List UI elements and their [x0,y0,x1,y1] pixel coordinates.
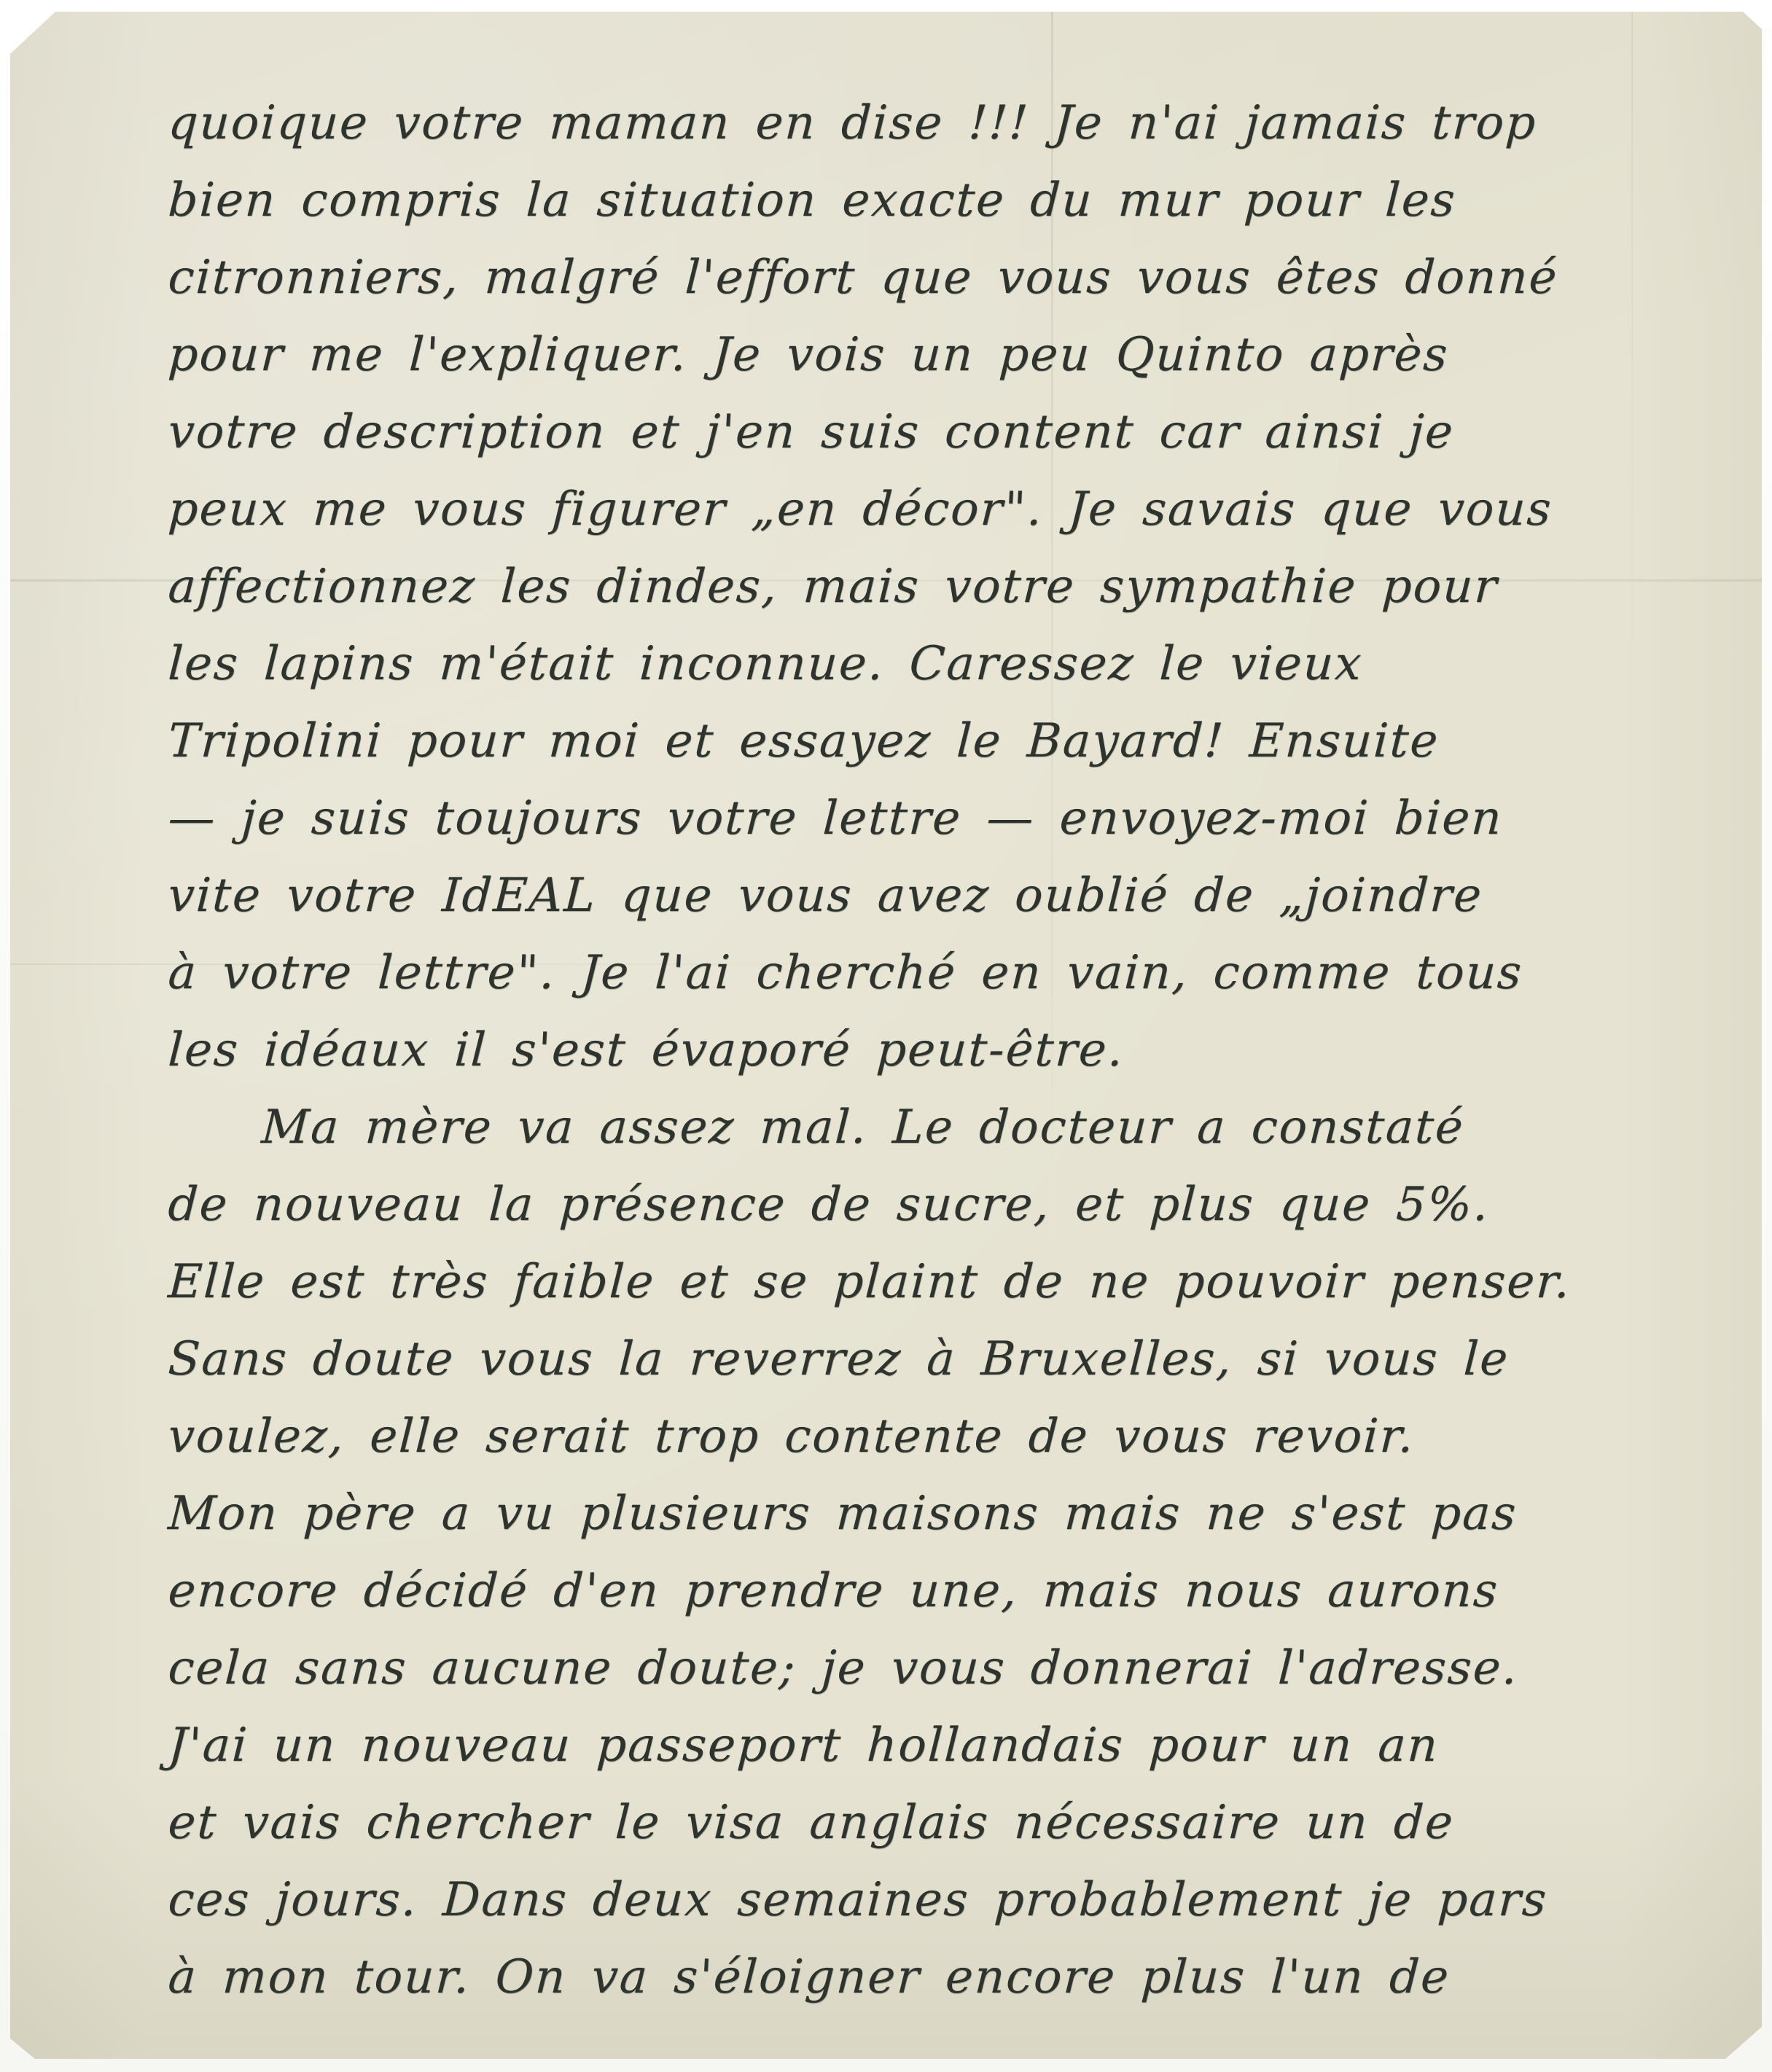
letter-line: les idéaux il s'est évaporé peut-être. [166,1012,1737,1089]
letter-line: à votre lettre". Je l'ai cherché en vain… [166,934,1737,1012]
letter-page: quoique votre maman en dise !!! Je n'ai … [10,12,1762,2059]
letter-line: votre description et j'en suis content c… [166,394,1737,471]
letter-line: bien compris la situation exacte du mur … [166,162,1737,239]
letter-line: Ma mère va assez mal. Le docteur a const… [166,1089,1737,1166]
letter-line: J'ai un nouveau passeport hollandais pou… [166,1707,1737,1784]
letter-line: de nouveau la présence de sucre, et plus… [166,1166,1737,1243]
letter-line: ces jours. Dans deux semaines probableme… [166,1861,1737,1939]
letter-line: cela sans aucune doute; je vous donnerai… [166,1630,1737,1707]
letter-line: Tripolini pour moi et essayez le Bayard!… [166,703,1737,780]
letter-line: citronniers, malgré l'effort que vous vo… [166,239,1737,316]
letter-line: — je suis toujours votre lettre — envoye… [166,780,1737,857]
letter-line: peux me vous figurer „en décor". Je sava… [166,471,1737,548]
handwritten-letter-body: quoique votre maman en dise !!! Je n'ai … [10,85,1762,2016]
letter-line: voulez, elle serait trop contente de vou… [166,1398,1737,1475]
letter-line: pour me l'expliquer. Je vois un peu Quin… [166,316,1737,394]
letter-line: les lapins m'était inconnue. Caressez le… [166,625,1737,703]
letter-line: affectionnez les dindes, mais votre symp… [166,548,1737,625]
letter-line: encore décidé d'en prendre une, mais nou… [166,1552,1737,1630]
letter-line: vite votre IdEAL que vous avez oublié de… [166,857,1737,934]
letter-line: à mon tour. On va s'éloigner encore plus… [166,1939,1737,2016]
letter-line: quoique votre maman en dise !!! Je n'ai … [166,85,1737,162]
letter-line: Sans doute vous la reverrez à Bruxelles,… [166,1321,1737,1398]
letter-line: Elle est très faible et se plaint de ne … [166,1243,1737,1321]
letter-line: Mon père a vu plusieurs maisons mais ne … [166,1475,1737,1552]
letter-line: et vais chercher le visa anglais nécessa… [166,1784,1737,1861]
